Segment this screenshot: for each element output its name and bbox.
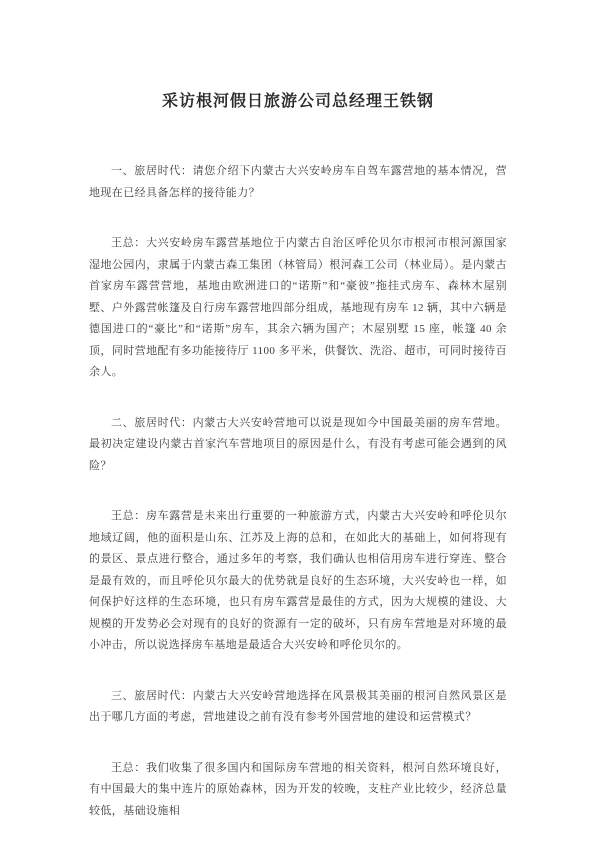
- document-title: 采访根河假日旅游公司总经理王铁钢: [89, 88, 507, 111]
- document-content: 采访根河假日旅游公司总经理王铁钢 一、旅居时代：请您介绍下内蒙古大兴安岭房车自驾…: [0, 0, 595, 822]
- answer-3-paragraph: 王总：我们收集了很多国内和国际房车营地的相关资料，根河自然环境良好，有中国最大的…: [89, 758, 507, 823]
- document-page: 采访根河假日旅游公司总经理王铁钢 一、旅居时代：请您介绍下内蒙古大兴安岭房车自驾…: [0, 0, 595, 842]
- answer-1-paragraph: 王总：大兴安岭房车露营基地位于内蒙古自治区呼伦贝尔市根河市根河源国家湿地公园内，…: [89, 233, 507, 384]
- question-2-paragraph: 二、旅居时代：内蒙古大兴安岭营地可以说是现如今中国最美丽的房车营地。最初决定建设…: [89, 413, 507, 478]
- question-3-paragraph: 三、旅居时代：内蒙古大兴安岭营地选择在风景极其美丽的根河自然风景区是出于哪几方面…: [89, 686, 507, 729]
- answer-2-paragraph: 王总：房车露营是未来出行重要的一种旅游方式，内蒙古大兴安岭和呼伦贝尔地域辽阔，他…: [89, 506, 507, 657]
- question-1-paragraph: 一、旅居时代：请您介绍下内蒙古大兴安岭房车自驾车露营地的基本情况，营地现在已经具…: [89, 161, 507, 204]
